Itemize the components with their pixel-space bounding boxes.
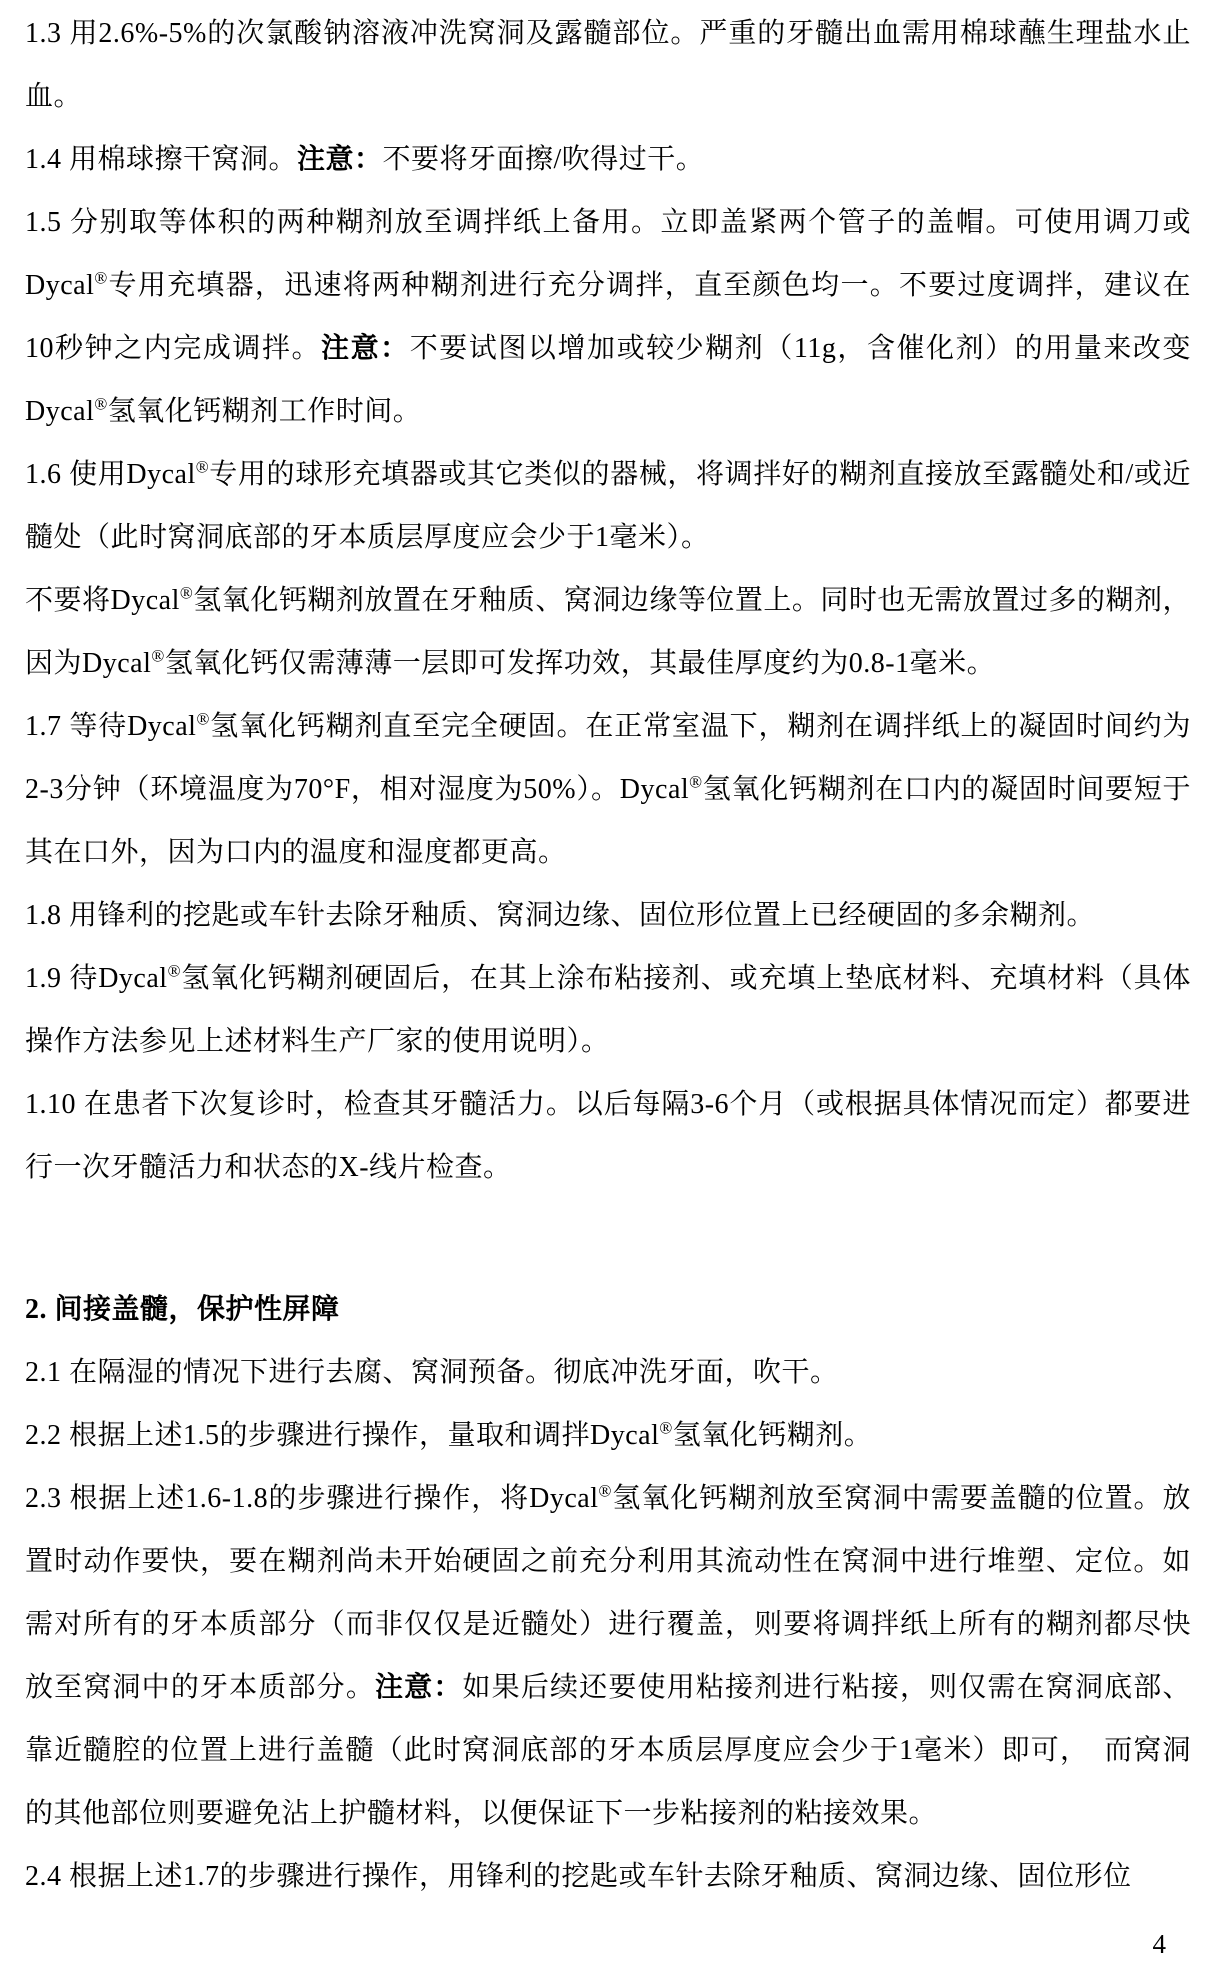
text-run: 1.3 用2.6%-5%的次氯酸钠溶液冲洗窝洞及露髓部位。严重的牙髓出血需用棉球… xyxy=(25,18,1191,112)
paragraph: 1.7 等待Dycal®氢氧化钙糊剂直至完全硬固。在正常室温下，糊剂在调拌纸上的… xyxy=(25,695,1191,884)
page-number: 4 xyxy=(1153,1924,1167,1964)
paragraph: 1.8 用锋利的挖匙或车针去除牙釉质、窝洞边缘、固位形位置上已经硬固的多余糊剂。 xyxy=(25,884,1191,947)
text-run: 1.10 在患者下次复诊时，检查其牙髓活力。以后每隔3-6个月（或根据具体情况而… xyxy=(25,1089,1191,1183)
emphasis-text: 注意： xyxy=(321,333,410,364)
text-run: 1.8 用锋利的挖匙或车针去除牙釉质、窝洞边缘、固位形位置上已经硬固的多余糊剂。 xyxy=(25,900,1095,931)
emphasis-text: 注意： xyxy=(375,1672,463,1703)
paragraph: 1.4 用棉球擦干窝洞。注意：不要将牙面擦/吹得过干。 xyxy=(25,128,1191,191)
text-run: 1.9 待Dycal xyxy=(25,963,168,994)
emphasis-text: 注意： xyxy=(297,144,383,175)
text-run: 氢氧化钙糊剂工作时间。 xyxy=(108,396,422,427)
paragraph: 1.6 使用Dycal®专用的球形充填器或其它类似的器械，将调拌好的糊剂直接放至… xyxy=(25,443,1191,569)
registered-mark: ® xyxy=(94,269,107,288)
text-run: 2.4 根据上述1.7的步骤进行操作，用锋利的挖匙或车针去除牙釉质、窝洞边缘、固… xyxy=(25,1861,1132,1892)
paragraph: 2.1 在隔湿的情况下进行去腐、窝洞预备。彻底冲洗牙面，吹干。 xyxy=(25,1341,1191,1404)
text-run: 氢氧化钙仅需薄薄一层即可发挥功效，其最佳厚度约为0.8-1毫米。 xyxy=(165,648,995,679)
text-run: 氢氧化钙糊剂放至窝洞中需要盖髓的位置。放置时动作要快，要在糊剂尚未开始硬固之前充… xyxy=(25,1483,1191,1703)
registered-mark: ® xyxy=(94,395,107,414)
emphasis-text: 2. 间接盖髓，保护性屏障 xyxy=(25,1294,340,1325)
registered-mark: ® xyxy=(196,458,209,477)
registered-mark: ® xyxy=(151,647,164,666)
text-run: 2.1 在隔湿的情况下进行去腐、窝洞预备。彻底冲洗牙面，吹干。 xyxy=(25,1357,839,1388)
text-run: 不要将牙面擦/吹得过干。 xyxy=(383,144,705,175)
text-run: 1.4 用棉球擦干窝洞。 xyxy=(25,144,297,175)
text-run: 氢氧化钙糊剂。 xyxy=(673,1420,873,1451)
paragraph: 2.2 根据上述1.5的步骤进行操作，量取和调拌Dycal®氢氧化钙糊剂。 xyxy=(25,1404,1191,1467)
blank-line xyxy=(25,1199,1191,1278)
registered-mark: ® xyxy=(659,1419,672,1438)
text-run: 不要将Dycal xyxy=(25,585,180,616)
paragraph: 1.3 用2.6%-5%的次氯酸钠溶液冲洗窝洞及露髓部位。严重的牙髓出血需用棉球… xyxy=(25,2,1191,128)
registered-mark: ® xyxy=(180,584,193,603)
text-run: 氢氧化钙糊剂硬固后，在其上涂布粘接剂、或充填上垫底材料、充填材料（具体操作方法参… xyxy=(25,963,1191,1057)
text-run: 2.2 根据上述1.5的步骤进行操作，量取和调拌Dycal xyxy=(25,1420,659,1451)
paragraph: 1.9 待Dycal®氢氧化钙糊剂硬固后，在其上涂布粘接剂、或充填上垫底材料、充… xyxy=(25,947,1191,1073)
paragraph: 2.4 根据上述1.7的步骤进行操作，用锋利的挖匙或车针去除牙釉质、窝洞边缘、固… xyxy=(25,1845,1191,1908)
text-run: 2.3 根据上述1.6-1.8的步骤进行操作，将Dycal xyxy=(25,1483,599,1514)
document-body: 1.3 用2.6%-5%的次氯酸钠溶液冲洗窝洞及露髓部位。严重的牙髓出血需用棉球… xyxy=(25,2,1191,1908)
paragraph: 2.3 根据上述1.6-1.8的步骤进行操作，将Dycal®氢氧化钙糊剂放至窝洞… xyxy=(25,1467,1191,1845)
section-heading: 2. 间接盖髓，保护性屏障 xyxy=(25,1278,1191,1341)
registered-mark: ® xyxy=(599,1482,612,1501)
text-run: 1.6 使用Dycal xyxy=(25,459,196,490)
registered-mark: ® xyxy=(196,710,209,729)
paragraph: 1.10 在患者下次复诊时，检查其牙髓活力。以后每隔3-6个月（或根据具体情况而… xyxy=(25,1073,1191,1199)
paragraph: 不要将Dycal®氢氧化钙糊剂放置在牙釉质、窝洞边缘等位置上。同时也无需放置过多… xyxy=(25,569,1191,695)
text-run: 1.7 等待Dycal xyxy=(25,711,196,742)
paragraph: 1.5 分别取等体积的两种糊剂放至调拌纸上备用。立即盖紧两个管子的盖帽。可使用调… xyxy=(25,191,1191,443)
registered-mark: ® xyxy=(168,962,181,981)
registered-mark: ® xyxy=(689,773,702,792)
